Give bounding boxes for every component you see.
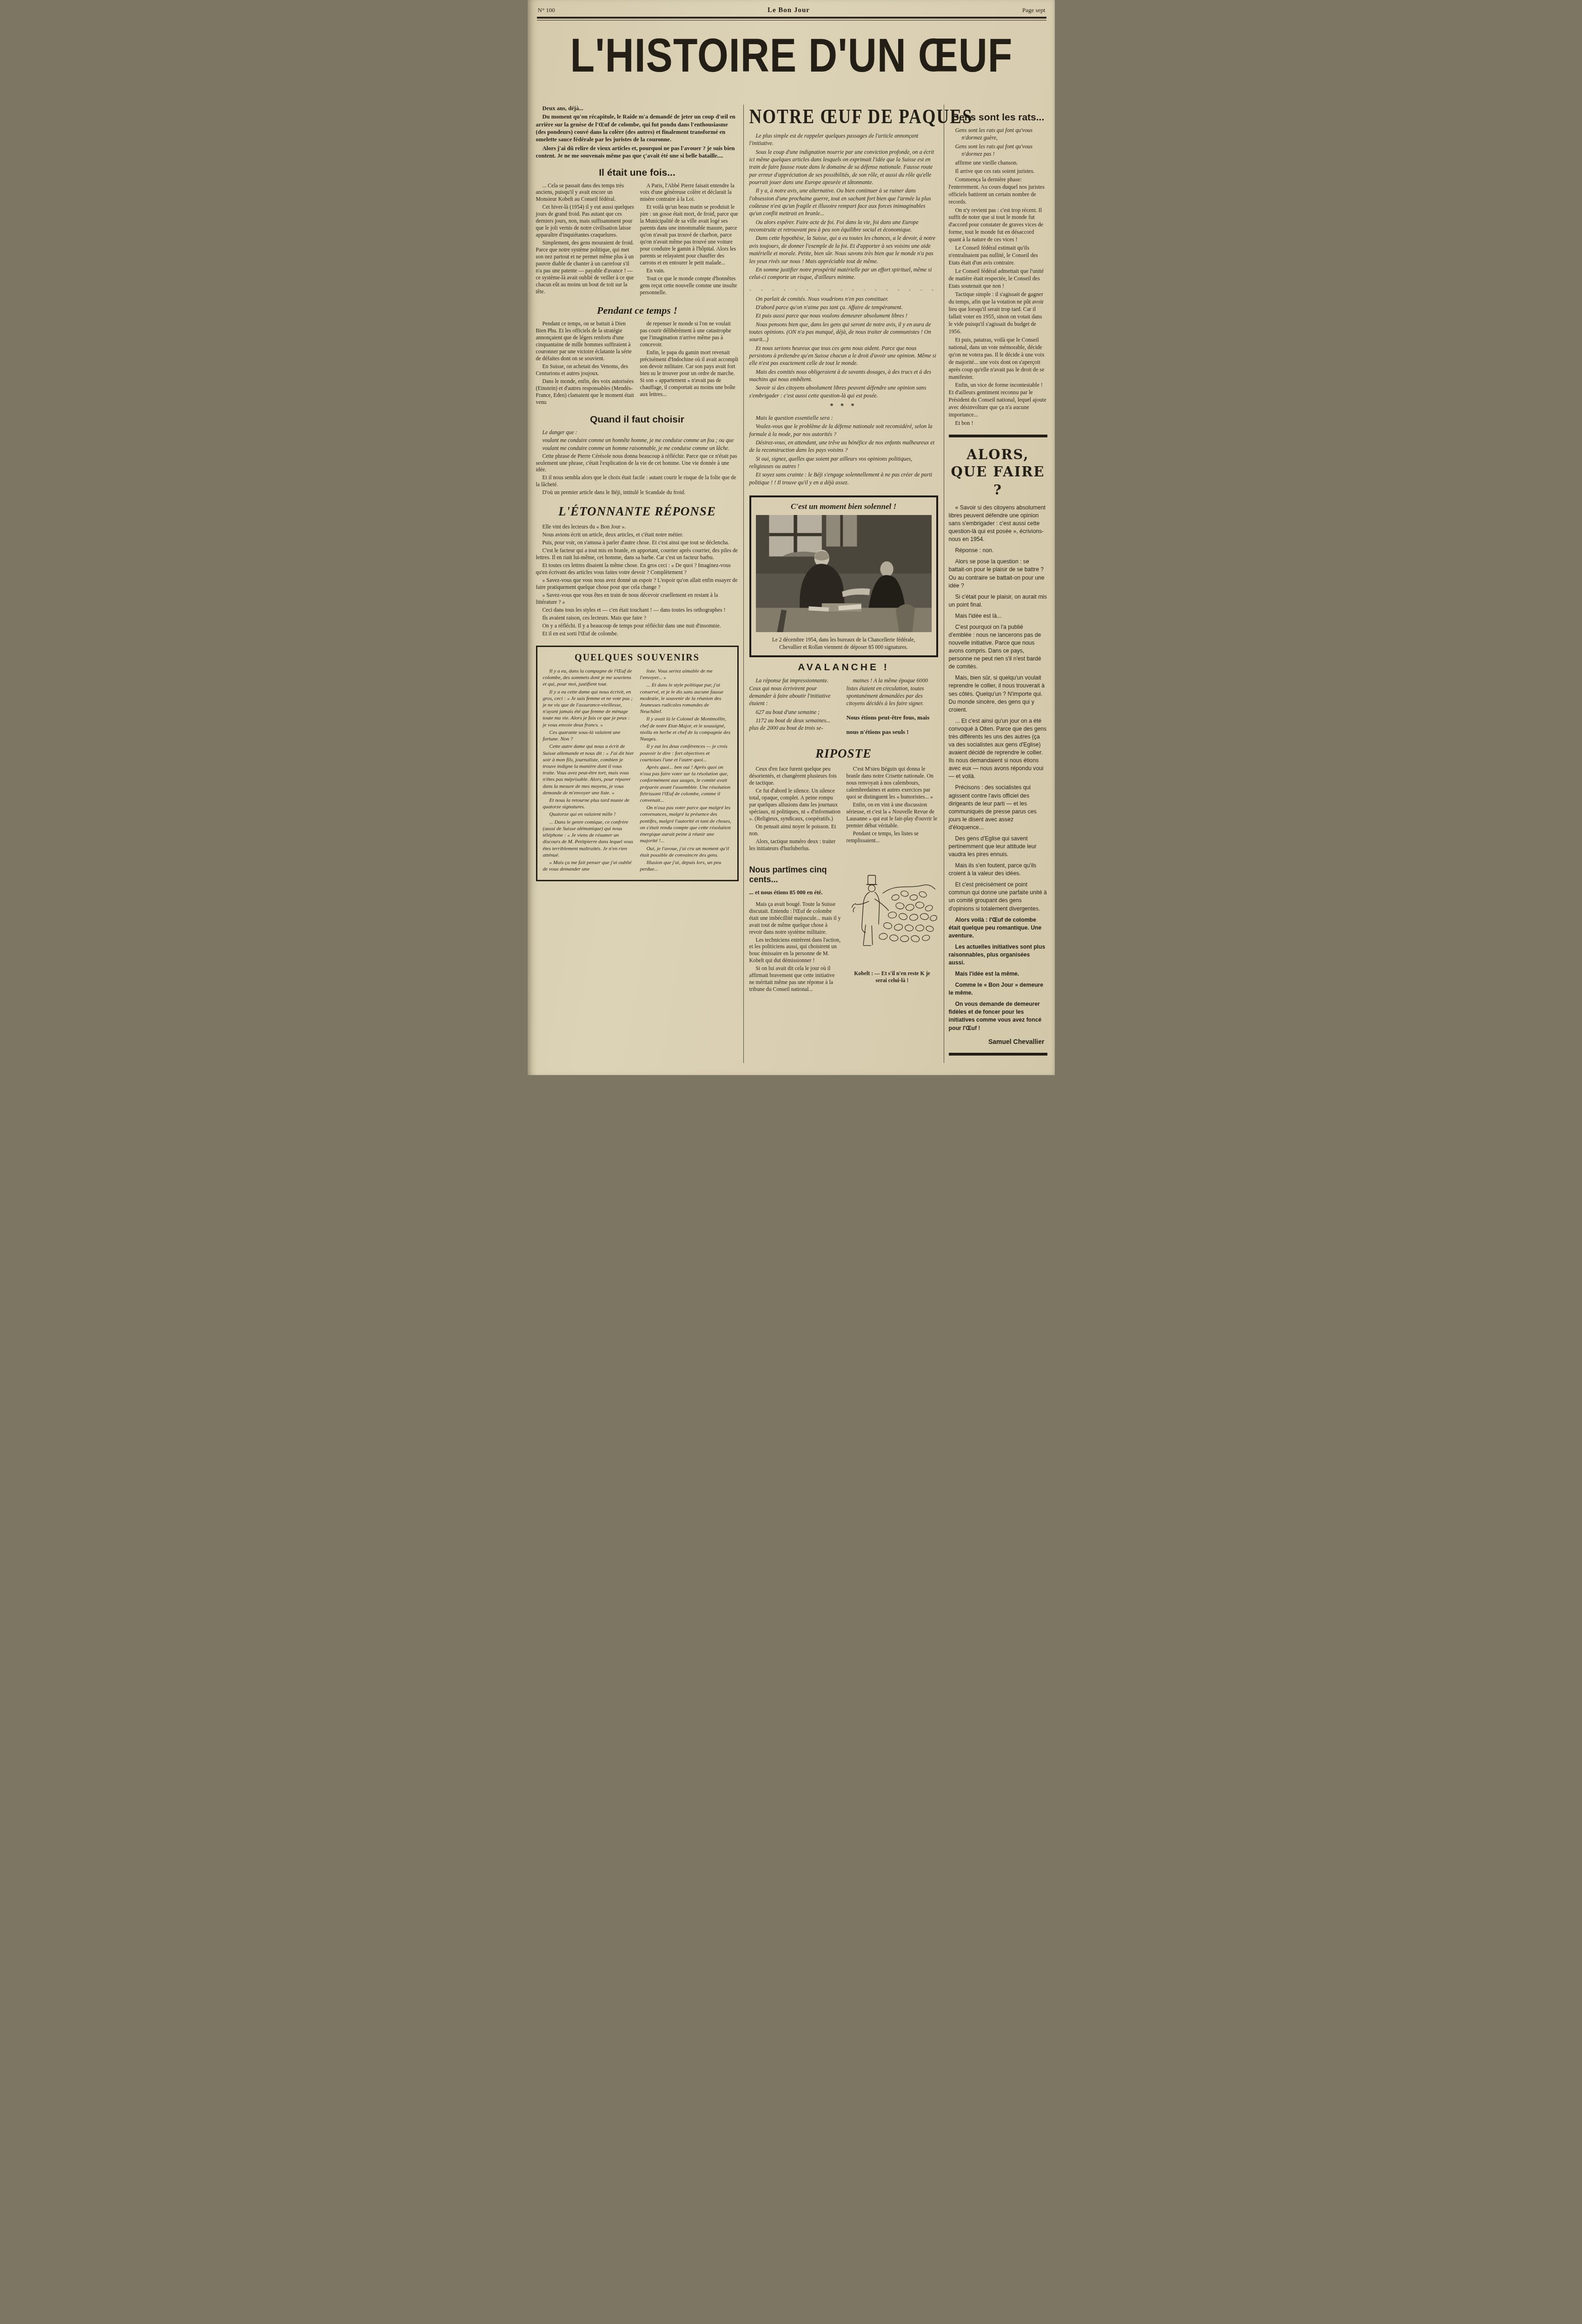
paragraph: Le Conseil fédéral admettait que l'unité… — [949, 268, 1047, 290]
paragraph: Pendant ce temps, les listes se rempliss… — [847, 830, 938, 844]
alors-paragraphs: « Savoir si des citoyens absolument libr… — [949, 504, 1047, 913]
souvenirs-box: QUELQUES SOUVENIRS Il y a eu, dans la ca… — [536, 646, 739, 882]
paragraph: Deux ans, déjà... — [536, 105, 739, 112]
paragraph: C'est pourquoi on l'a publié d'emblée : … — [949, 623, 1047, 671]
paragraph: Pendant ce temps, on se battait à Dien B… — [536, 320, 635, 362]
paragraph: Les actuelles initiatives sont plus rais… — [949, 943, 1047, 967]
paragraph: Et bon ! — [949, 420, 1047, 427]
meanwhile-col-2: de repenser le monde si l'on ne voulait … — [640, 320, 739, 407]
paragraph: En somme justifier notre prospérité maté… — [749, 266, 938, 281]
section-title-souvenirs: QUELQUES SOUVENIRS — [543, 653, 732, 663]
paragraph: 1172 au bout de deux semaines... plus de… — [749, 717, 841, 732]
paragraph: On y a réfléchi. Il y a beaucoup de temp… — [536, 622, 739, 629]
page-columns: Deux ans, déjà...Du moment qu'on récapit… — [536, 105, 1047, 1063]
paragraph: Et nous la retourne plus tard munie de q… — [543, 797, 635, 810]
section-title-cinqcents: Nous partîmes cinq cents... — [749, 865, 841, 885]
center-column: NOTRE ŒUF DE PAQUES Le plus simple est d… — [743, 105, 944, 1063]
alors-title-line-1: ALORS, — [966, 446, 1029, 463]
paragraph: Et voilà qu'un beau matin se produisit l… — [640, 204, 739, 266]
paragraph: Alors j'ai dû relire de vieux articles e… — [536, 145, 739, 160]
paragraph: Tactique simple : il s'agissait de gagne… — [949, 291, 1047, 336]
souvenirs-columns: Il y a eu, dans la campagne de l'Œuf de … — [543, 668, 732, 874]
riposte-columns: Ceux d'en face furent quelque peu désori… — [749, 766, 938, 853]
verse-line: Gens sont les rats qui font qu'vous n'do… — [949, 143, 1047, 158]
souvenirs-col-1: Il y a eu, dans la campagne de l'Œuf de … — [543, 668, 635, 874]
section-title-paques: NOTRE ŒUF DE PAQUES — [749, 105, 938, 129]
riposte-col-2: C'est M'sieu Béguin qui donna le branle … — [847, 766, 938, 853]
issue-number: N° 100 — [538, 7, 555, 14]
cartoon-caption: Kobelt : — Et s'il n'en reste K je serai… — [849, 970, 935, 984]
paragraph: Et soyez sans crainte : le Béji s'engage… — [749, 471, 938, 486]
cartoon: Kobelt : — Et s'il n'en reste K je serai… — [847, 859, 938, 994]
paques-part-3: Mais la question essentielle sera :Voule… — [749, 414, 938, 486]
paragraph: Si oui, signez, quelles que soient par a… — [749, 455, 938, 470]
paragraph: Réponse : non. — [949, 547, 1047, 555]
paragraph: affirme une vieille chanson. — [949, 159, 1047, 167]
dotted-separator: . . . . . . . . . . . . . . . . . — [749, 285, 938, 292]
paragraph: Ce fut d'abord le silence. Un silence to… — [749, 787, 841, 822]
paragraph: Savoir si des citoyens absolument libres… — [749, 384, 938, 399]
main-headline: L'HISTOIRE D'UN ŒUF — [536, 29, 1047, 83]
photo-box: C'est un moment bien solennel ! — [749, 495, 938, 657]
paragraph: Quatorze qui en valaient mille ! — [543, 811, 635, 818]
paragraph: 627 au bout d'une semaine ; — [749, 708, 841, 716]
paragraph: Mais ils s'en foutent, parce qu'ils croi… — [949, 862, 1047, 878]
paragraph: Il y eut les deux conférences — je crois… — [640, 743, 732, 763]
photo-image — [756, 515, 932, 632]
souvenirs-col-2: liste. Vous seriez aimable de me l'envoy… — [640, 668, 732, 874]
paragraph: Commença la dernière phase: l'enterremen… — [949, 176, 1047, 206]
photo-title: C'est un moment bien solennel ! — [756, 502, 932, 511]
paragraph: Nous pensons bien que, dans les gens qui… — [749, 321, 938, 343]
paragraph: Et c'est précisément ce point commun qui… — [949, 881, 1047, 912]
author-signature: Samuel Chevallier — [949, 1038, 1045, 1045]
paragraph: ... Et dans le style politique pur, j'ai… — [640, 682, 732, 715]
riposte-col-1: Ceux d'en face furent quelque peu désori… — [749, 766, 841, 853]
section-title-response: L'ÉTONNANTE RÉPONSE — [536, 504, 739, 520]
paragraph: Mais l'idée est la même. — [949, 970, 1047, 978]
paragraph: Il y avait là le Colonel de Montmollin, … — [640, 716, 732, 742]
section-title-once: Il était une fois... — [536, 167, 739, 178]
paragraph: C'est M'sieu Béguin qui donna le branle … — [847, 766, 938, 800]
once-columns: ... Cela se passait dans des temps très … — [536, 182, 739, 297]
paques-part-2: On parlait de comités. Nous voudrions n'… — [749, 295, 938, 399]
cinqcents-paragraphs: Mais ça avait bougé. Toute la Suisse dis… — [749, 901, 841, 993]
paragraph: Et puis, patatras, voilà que le Conseil … — [949, 337, 1047, 381]
paragraph: Alors se pose la question : se battait-o… — [949, 558, 1047, 589]
paragraph: D'abord parce qu'on n'aime pas tant ça. … — [749, 304, 938, 311]
bottom-center-columns: Nous partîmes cinq cents... ... et nous … — [749, 859, 938, 994]
paragraph: Ceci dans tous les styles et — c'en étai… — [536, 607, 739, 614]
paragraph: Sous le coup d'une indignation nourrie p… — [749, 148, 938, 186]
page-label: Page sept — [1022, 7, 1045, 14]
paragraph: En vain. — [640, 267, 739, 274]
section-title-avalanche: AVALANCHE ! — [749, 662, 938, 673]
paragraph: A Paris, l'Abbé Pierre faisait entendre … — [640, 182, 739, 203]
avalanche-col-1: La réponse fut impressionnante. Ceux qui… — [749, 677, 841, 738]
paragraph: Et puis aussi parce que nous voulons dem… — [749, 312, 938, 319]
section-divider-rule — [949, 435, 1047, 437]
paragraph: Ils avaient raison, ces lecteurs. Mais q… — [536, 614, 739, 621]
paragraph: Les techniciens entrèrent dans l'action,… — [749, 937, 841, 964]
paragraph: Illusion que j'ai, depuis lors, un peu p… — [640, 859, 732, 872]
paragraph: « Savoir si des citoyens absolument libr… — [949, 504, 1047, 543]
paragraph: Elle vint des lecteurs du « Bon Jour ». — [536, 523, 739, 530]
paragraph: Voulez-vous que le problème de la défens… — [749, 423, 938, 438]
rats-verse: Gens sont les rats qui font qu'vous n'do… — [949, 127, 1047, 158]
avalanche-columns: La réponse fut impressionnante. Ceux qui… — [749, 677, 938, 738]
paragraph: Tout ce que le monde compte d'honnêtes g… — [640, 275, 739, 296]
paragraph: Et toutes ces lettres disaient la même c… — [536, 562, 739, 576]
paragraph: Mais l'idée est là... — [949, 612, 1047, 620]
paragraph: Il y a eu cette dame qui nous écrivit, e… — [543, 689, 635, 728]
section-title-choose: Quand il faut choisir — [536, 414, 739, 425]
paragraph: Enfin, un vice de forme incontestable ! … — [949, 382, 1047, 419]
paragraph: Mais ça avait bougé. Toute la Suisse dis… — [749, 901, 841, 936]
paragraph: Mais, bien sûr, si quelqu'un voulait rep… — [949, 674, 1047, 713]
rats-paragraphs: affirme une vieille chanson.Il arrive qu… — [949, 159, 1047, 427]
paragraph: Oui, je l'avoue, j'ai cru un moment qu'i… — [640, 845, 732, 858]
paragraph: » Mais ça me fait penser que j'ai oublié… — [543, 859, 635, 872]
paragraph: Ces quarante sous-là valaient une fortun… — [543, 729, 635, 742]
section-title-meanwhile: Pendant ce temps ! — [536, 304, 739, 317]
cinqcents-column: Nous partîmes cinq cents... ... et nous … — [749, 859, 841, 994]
alors-bold-paragraphs: Alors voilà : l'Œuf de colombe était que… — [949, 916, 1047, 1032]
avalanche-col-2-text: maines ! A la même époque 6000 listes ét… — [847, 677, 938, 707]
section-title-alors: ALORS,QUE FAIRE ? — [949, 445, 1047, 498]
paragraph: Cet hiver-là (1954) il y eut aussi quelq… — [536, 204, 635, 238]
paragraph: Ceux d'en face furent quelque peu désori… — [749, 766, 841, 786]
paragraph: Si c'était pour le plaisir, on aurait mi… — [949, 593, 1047, 609]
meanwhile-col-1: Pendant ce temps, on se battait à Dien B… — [536, 320, 635, 407]
paragraph: On n'osa pas voter parce que malgré les … — [640, 805, 732, 844]
avalanche-col-2: maines ! A la même époque 6000 listes ét… — [847, 677, 938, 738]
paragraph: Dans le monde, enfin, des voix autorisée… — [536, 378, 635, 406]
choose-paragraphs: Cette phrase de Pierre Cérésole nous don… — [536, 453, 739, 496]
paragraph: Il arrive que ces rats soient juristes. — [949, 168, 1047, 175]
stars-separator: * * * — [749, 403, 938, 410]
bottom-rule — [949, 1053, 1047, 1056]
left-column: Deux ans, déjà...Du moment qu'on récapit… — [536, 105, 743, 1063]
paragraph: Ou alors espérer. Faire acte de foi. Foi… — [749, 218, 938, 234]
paragraph: maines ! A la même époque 6000 listes ét… — [847, 677, 938, 707]
paragraph: Si on lui avait dit cela le jour où il a… — [749, 965, 841, 993]
paragraph: Nous étions peut-être fous, mais — [847, 713, 938, 722]
paragraph: Mais la question essentielle sera : — [749, 414, 938, 422]
paragraph: On vous demande de demeurer fidèles et d… — [949, 1000, 1047, 1032]
paragraph: Enfin, on en vint à une discussion série… — [847, 801, 938, 829]
paragraph: Désirez-vous, en attendant, une trêve au… — [749, 439, 938, 454]
paragraph: nous n'étions pas seuls ! — [847, 727, 938, 736]
paragraph: Mais des comités nous obligeraient à de … — [749, 368, 938, 383]
paragraph: Il y a eu, dans la campagne de l'Œuf de … — [543, 668, 635, 688]
paragraph: Cette autre dame qui nous a écrit de Sui… — [543, 743, 635, 796]
meanwhile-columns: Pendant ce temps, on se battait à Dien B… — [536, 320, 739, 407]
paragraph: voulant me conduire comme un honnête hom… — [536, 437, 739, 444]
paragraph: » Savez-vous que vous nous avez donné un… — [536, 577, 739, 591]
paragraph: D'où un premier article dans le Béji, in… — [536, 489, 739, 496]
paragraph: Cette phrase de Pierre Cérésole nous don… — [536, 453, 739, 474]
paragraph: » Savez-vous que vous êtes en train de n… — [536, 592, 739, 606]
paragraph: ... Et c'est ainsi qu'un jour on a été c… — [949, 717, 1047, 781]
paragraph: Le Conseil fédéral estimait qu'ils n'ent… — [949, 244, 1047, 267]
paragraph: liste. Vous seriez aimable de me l'envoy… — [640, 668, 732, 681]
paragraph: Et il nous sembla alors que le choix éta… — [536, 474, 739, 488]
header-rule — [537, 17, 1046, 20]
page-header: N° 100 Le Bon Jour Page sept — [536, 6, 1047, 17]
paragraph: Après quoi... ben oui ! Après quoi on n'… — [640, 764, 732, 804]
paragraph: Du moment qu'on récapitule, le Raide m'a… — [536, 113, 739, 143]
paragraph: Alors voilà : l'Œuf de colombe était que… — [949, 916, 1047, 940]
once-col-1: ... Cela se passait dans des temps très … — [536, 182, 635, 297]
cartoon-image — [847, 859, 938, 969]
verse-line: Gens sont les rats qui font qu'vous n'do… — [949, 127, 1047, 142]
masthead-title: Le Bon Jour — [768, 7, 810, 14]
paragraph: C'est le facteur qui a tout mis en branl… — [536, 547, 739, 561]
right-column: Gens sont les rats... Gens sont les rats… — [944, 105, 1047, 1063]
once-col-2: A Paris, l'Abbé Pierre faisait entendre … — [640, 182, 739, 297]
paragraph: Le danger que : — [536, 429, 739, 436]
paragraph: de repenser le monde si l'on ne voulait … — [640, 320, 739, 348]
paragraph: Comme le « Bon Jour » demeure le même. — [949, 981, 1047, 997]
paragraph: On pensait ainsi noyer le poisson. Et no… — [749, 823, 841, 837]
paragraph: Le plus simple est de rappeler quelques … — [749, 132, 938, 147]
alors-title-line-2: QUE FAIRE ? — [951, 464, 1045, 498]
response-paragraphs: Elle vint des lecteurs du « Bon Jour ».N… — [536, 523, 739, 637]
paragraph: Il y a, à notre avis, une alternative. O… — [749, 187, 938, 217]
paragraph: Puis, pour voir, on s'amusa à parler d'a… — [536, 539, 739, 546]
paragraph: ... Cela se passait dans des temps très … — [536, 182, 635, 203]
paragraph: Et nous serions heureux que tous ces gen… — [749, 344, 938, 367]
paragraph: Enfin, le papa du gamin mort revenait pr… — [640, 349, 739, 398]
paragraph: Des gens d'Eglise qui savent pertinemmen… — [949, 835, 1047, 858]
paragraph: On parlait de comités. Nous voudrions n'… — [749, 295, 938, 303]
paragraph: Précisons : des socialistes qui agissent… — [949, 784, 1047, 831]
avalanche-bold-note: Nous étions peut-être fous, maisnous n'é… — [847, 713, 938, 736]
choose-lead: Le danger que :voulant me conduire comme… — [536, 429, 739, 452]
paragraph: On n'y revient pas : c'est trop récent. … — [949, 207, 1047, 244]
paragraph: Nous avions écrit un article, deux artic… — [536, 531, 739, 538]
paragraph: ... Dans le genre comique, ce confrère (… — [543, 819, 635, 858]
paragraph: En Suisse, on achetait des Venoms, des C… — [536, 363, 635, 377]
paragraph: Dans cette hypothèse, la Suisse, qui a e… — [749, 234, 938, 264]
photo-caption: Le 2 décembre 1954, dans les bureaux de … — [761, 636, 926, 651]
intro-paragraphs: Deux ans, déjà...Du moment qu'on récapit… — [536, 105, 739, 160]
cinqcents-subtitle: ... et nous étions 85 000 en été. — [749, 889, 841, 896]
paques-part-1: Le plus simple est de rappeler quelques … — [749, 132, 938, 281]
paragraph: Alors, tactique numéro deux : traiter le… — [749, 838, 841, 852]
paragraph: voulant me conduire comme un homme raiso… — [536, 445, 739, 452]
section-title-riposte: RIPOSTE — [749, 746, 938, 761]
paragraph: La réponse fut impressionnante. Ceux qui… — [749, 677, 841, 707]
newspaper-page: N° 100 Le Bon Jour Page sept L'HISTOIRE … — [528, 0, 1055, 1075]
paragraph: Simplement, des gens mouraient de froid.… — [536, 239, 635, 295]
paragraph: Et il en est sorti l'Œuf de colombe. — [536, 630, 739, 637]
